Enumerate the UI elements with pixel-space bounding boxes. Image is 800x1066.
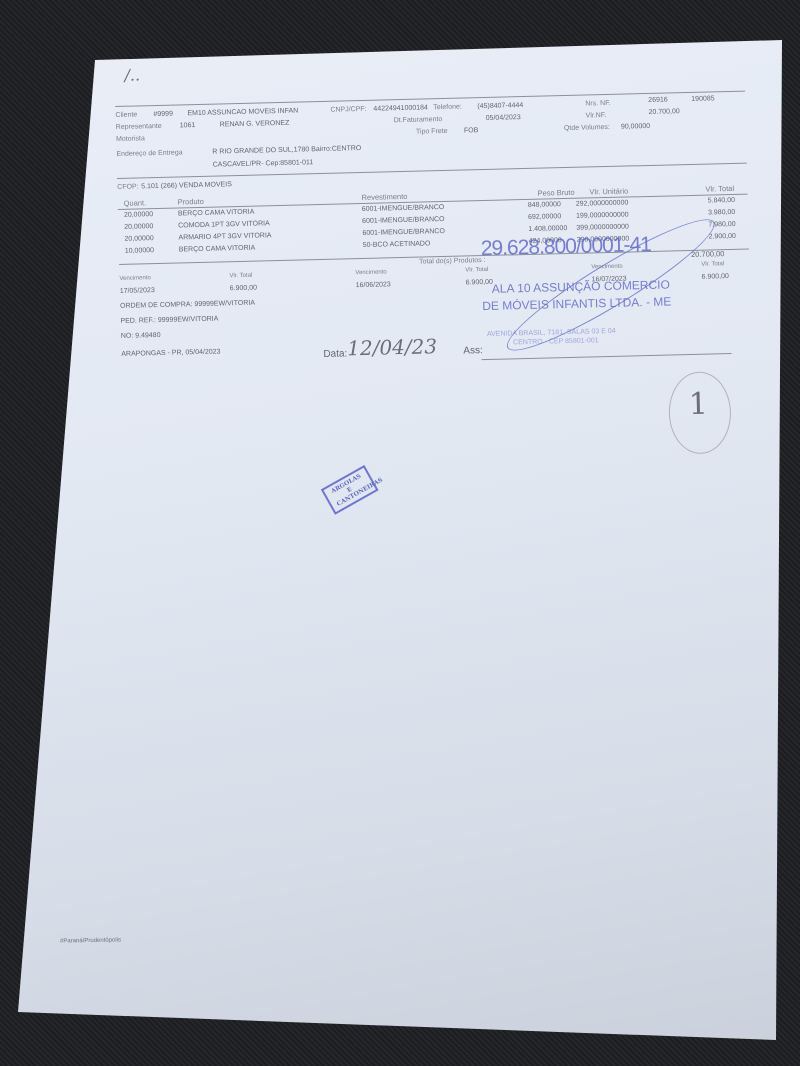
table-cell-peso: 692,00000: [528, 213, 561, 221]
vencimento-value: 6.900,00: [702, 273, 729, 281]
table-cell-unit: 399,0000000000: [576, 223, 629, 231]
no-number: NO: 9.49480: [121, 332, 161, 340]
vencimento-header: Vencimento: [355, 269, 386, 276]
motorista-label: Motorista: [116, 135, 145, 143]
table-cell-peso: 1.408,00000: [528, 225, 567, 233]
column-header: Vlr. Total: [705, 184, 734, 194]
table-cell-unit: 292,0000000000: [576, 199, 629, 207]
table-cell-total: 3.980,00: [708, 209, 735, 217]
table-cell-quant: 10,00000: [125, 247, 154, 255]
cnpj-value: 44224941000184: [373, 104, 428, 112]
table-cell-unit: 199,0000000000: [576, 211, 629, 219]
vencimento-header: Vlr. Total: [701, 261, 724, 268]
data-label: Data:: [323, 348, 347, 360]
representante-code: 1061: [180, 122, 196, 129]
column-header: Produto: [177, 197, 203, 207]
total-produtos-value: 20.700,00: [691, 249, 725, 259]
column-header: Peso Bruto: [537, 188, 574, 198]
nrs-nf-1: 26916: [648, 96, 668, 103]
ass-label: Ass:: [463, 345, 483, 356]
table-cell-quant: 20,00000: [124, 235, 153, 243]
nrs-nf-label: Nrs. NF.: [585, 100, 610, 108]
vencimento-header: Vencimento: [119, 275, 150, 282]
vlr-nf-value: 20.700,00: [648, 108, 679, 116]
dt-faturamento-value: 05/04/2023: [486, 114, 521, 122]
circled-number: 1: [688, 387, 708, 422]
table-cell-peso: 848,00000: [528, 201, 561, 209]
representante-label: Representante: [116, 123, 162, 131]
cliente-code: #9999: [153, 111, 173, 118]
vencimento-date: 16/06/2023: [356, 281, 391, 289]
column-header: Quant.: [124, 198, 147, 208]
cnpj-label: CNPJ/CPF:: [330, 106, 366, 114]
tipo-frete-label: Tipo Frete: [416, 128, 448, 136]
telefone-label: Telefone:: [433, 104, 462, 112]
dt-faturamento-label: Dt.Faturamento: [394, 116, 443, 124]
table-cell-quant: 20,00000: [124, 223, 153, 231]
nrs-nf-2: 190085: [691, 95, 715, 103]
top-pen-mark: /..: [124, 65, 140, 84]
qtde-volumes-label: Qtde Volumes:: [564, 124, 610, 132]
vencimento-header: Vlr. Total: [465, 267, 488, 274]
column-header: Vlr. Unitário: [589, 186, 628, 196]
data-handwritten: 12/04/23: [347, 334, 437, 360]
qtde-volumes-value: 90,00000: [621, 123, 650, 131]
tipo-frete-value: FOB: [464, 127, 479, 134]
telefone-value: (45)8407-4444: [477, 102, 523, 110]
footer-text: #Paraná/Prudentópolis: [60, 937, 121, 944]
vlr-nf-label: Vlr.NF.: [586, 112, 607, 120]
vencimento-value: 6.900,00: [230, 285, 257, 293]
vencimento-value: 6.900,00: [466, 279, 493, 287]
table-cell-quant: 20,00000: [124, 211, 153, 219]
table-cell-total: 2.900,00: [709, 233, 736, 241]
paper-sheet: [0, 0, 800, 1066]
vencimento-header: Vlr. Total: [229, 273, 252, 280]
cfop-label: CFOP:: [117, 183, 139, 191]
table-cell-total: 5.840,00: [708, 197, 735, 205]
cliente-label: Cliente: [115, 111, 137, 119]
vencimento-date: 17/05/2023: [120, 287, 155, 295]
column-header: Revestimento: [361, 192, 407, 202]
